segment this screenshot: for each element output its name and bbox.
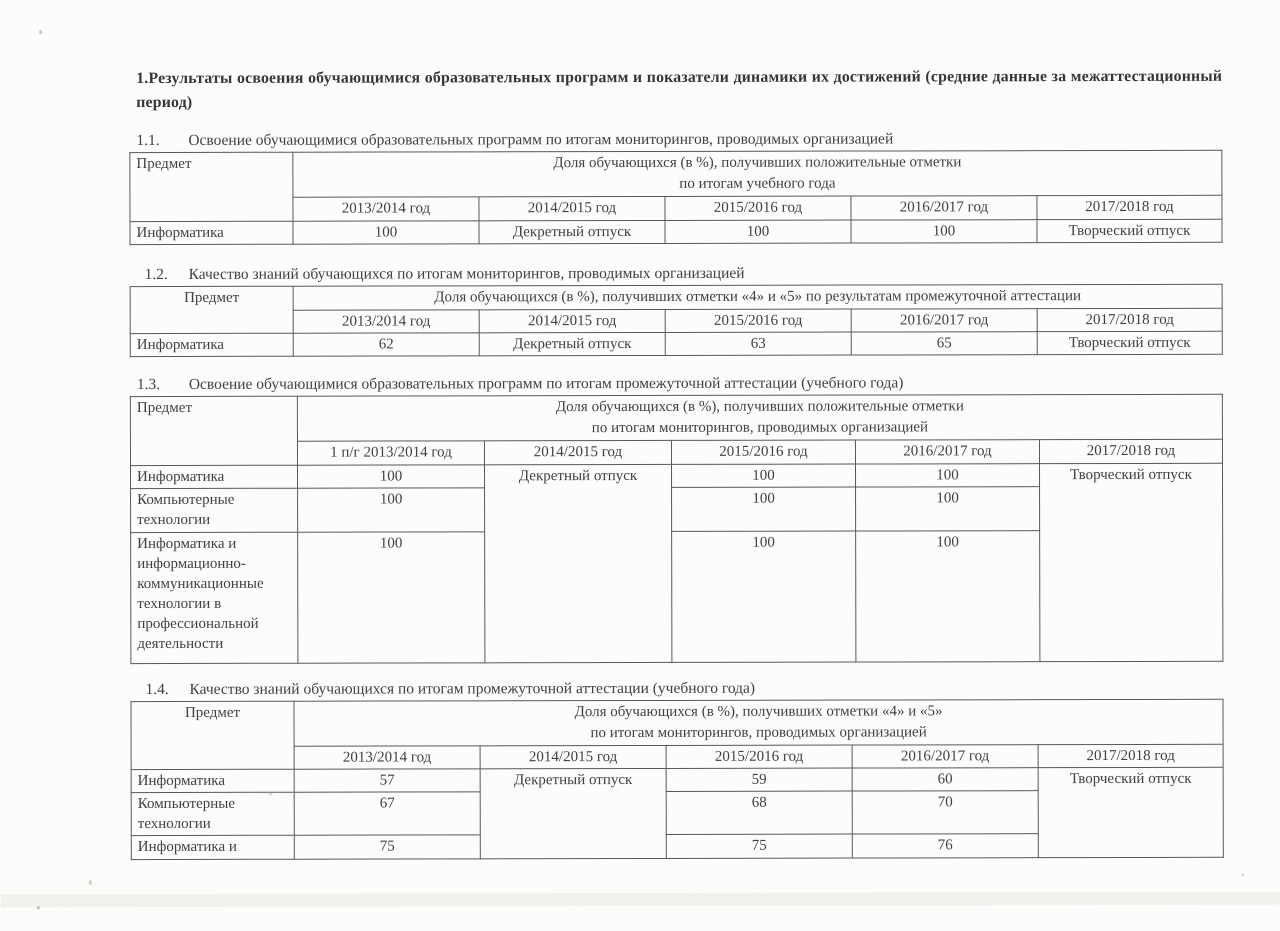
document-heading: 1.Результаты освоения обучающимися образ…: [129, 65, 1222, 115]
measure-header-cell: Доля обучающихся (в %), получивших отмет…: [293, 284, 1222, 310]
value-cell: 65: [851, 332, 1037, 355]
value-cell: 100: [298, 532, 485, 663]
table-row: 2013/2014 год 2014/2015 год 2015/2016 го…: [130, 308, 1222, 333]
section-1-2-title: Качество знаний обучающихся по итогам мо…: [189, 265, 745, 283]
year-header-cell: 2017/2018 год: [1038, 744, 1223, 767]
subject-cell: Информатика и: [131, 835, 294, 859]
subject-header-cell: Предмет: [130, 152, 293, 221]
value-cell: Декретный отпуск: [479, 332, 665, 355]
value-cell: 100: [851, 220, 1037, 243]
value-cell-merged: Творческий отпуск: [1038, 767, 1223, 857]
value-cell: 100: [672, 487, 856, 531]
year-header-cell: 2013/2014 год: [293, 197, 479, 221]
section-1-3-number: 1.3.: [137, 376, 189, 393]
year-header-cell: 2016/2017 год: [851, 309, 1037, 332]
value-cell: 62: [293, 333, 479, 356]
document-sheet: 1.Результаты освоения обучающимися образ…: [0, 0, 1280, 931]
table-1-2: Предмет Доля обучающихся (в %), получивш…: [130, 284, 1223, 357]
measure-line-2: по итогам мониторингов, проводимых орган…: [302, 417, 1218, 440]
year-header-cell: 2013/2014 год: [294, 746, 480, 769]
section-1-1-number: 1.1.: [136, 132, 188, 149]
value-cell: 68: [666, 791, 852, 834]
measure-header-cell: Доля обучающихся (в %), получивших полож…: [293, 150, 1222, 197]
table-row: Предмет Доля обучающихся (в %), получивш…: [131, 699, 1223, 746]
scan-speck: [269, 793, 273, 796]
measure-line-2: по итогам учебного года: [297, 173, 1217, 196]
subject-cell: Компьютерные технологии: [131, 792, 294, 835]
table-row: 2013/2014 год 2014/2015 год 2015/2016 го…: [130, 195, 1222, 221]
year-header-cell: 2017/2018 год: [1039, 439, 1222, 463]
value-cell: 60: [852, 768, 1038, 791]
table-1-3: Предмет Доля обучающихся (в %), получивш…: [130, 394, 1224, 664]
scan-speck: [89, 880, 92, 885]
subject-cell: Компьютерные технологии: [131, 488, 298, 532]
section-1-1-title: Освоение обучающимися образовательных пр…: [188, 130, 893, 148]
table-row: Предмет Доля обучающихся (в %), получивш…: [130, 394, 1222, 441]
value-cell: 100: [293, 221, 479, 244]
year-header-cell: 2014/2015 год: [480, 745, 666, 768]
table-row: Информатика 100 Декретный отпуск 100 100…: [130, 219, 1222, 244]
measure-line-1: Доля обучающихся (в %), получивших полож…: [297, 152, 1217, 175]
section-1-4-number: 1.4.: [137, 681, 189, 698]
subject-header-cell: Предмет: [130, 286, 293, 333]
table-row: Предмет Доля обучающихся (в %), получивш…: [130, 150, 1222, 197]
value-cell: 57: [294, 769, 480, 792]
value-cell: 75: [294, 835, 480, 859]
value-cell: Декретный отпуск: [479, 220, 665, 243]
document-content: 1.Результаты освоения обучающимися образ…: [129, 65, 1224, 860]
value-cell-merged: Декретный отпуск: [480, 768, 666, 858]
year-header-cell: 2015/2016 год: [666, 745, 852, 768]
subject-cell: Информатика: [130, 221, 293, 244]
value-cell: Творческий отпуск: [1037, 331, 1222, 354]
subject-header-cell: Предмет: [130, 396, 297, 465]
measure-line-2: по итогам мониторингов, проводимых орган…: [299, 722, 1219, 745]
value-cell: 63: [665, 332, 851, 355]
section-1-3-label: 1.3.Освоение обучающимися образовательны…: [130, 374, 1223, 393]
scan-speck: [39, 30, 42, 34]
measure-header-cell: Доля обучающихся (в %), получивших полож…: [297, 394, 1222, 441]
table-row: 2013/2014 год 2014/2015 год 2015/2016 го…: [131, 744, 1223, 769]
table-row: Информатика 57 Декретный отпуск 59 60 Тв…: [131, 767, 1223, 792]
table-1-1: Предмет Доля обучающихся (в %), получивш…: [129, 150, 1222, 245]
year-header-cell: 2014/2015 год: [479, 196, 665, 220]
section-1-4-label: 1.4.Качество знаний обучающихся по итога…: [130, 679, 1223, 698]
year-header-cell: 2017/2018 год: [1037, 308, 1222, 331]
measure-line-1: Доля обучающихся (в %), получивших полож…: [302, 396, 1218, 419]
subject-cell: Информатика: [131, 769, 294, 792]
section-1-4-title: Качество знаний обучающихся по итогам пр…: [189, 680, 755, 698]
value-cell: 100: [855, 464, 1039, 487]
scanned-document-page: { "document": { "heading": "1.Результаты…: [0, 0, 1280, 931]
section-1-2-number: 1.2.: [137, 266, 189, 283]
year-header-cell: 2016/2017 год: [852, 745, 1038, 768]
year-header-cell: 1 п/г 2013/2014 год: [297, 441, 484, 465]
subject-cell: Информатика: [130, 333, 293, 356]
value-cell: 67: [294, 792, 480, 835]
value-cell: 59: [666, 768, 852, 791]
value-cell: Творческий отпуск: [1037, 219, 1222, 242]
value-cell: 100: [671, 464, 855, 487]
subject-header-cell: Предмет: [131, 701, 294, 769]
value-cell: 75: [666, 834, 852, 858]
value-cell: 100: [665, 220, 851, 243]
table-row: Информатика 62 Декретный отпуск 63 65 Тв…: [130, 331, 1222, 356]
year-header-cell: 2014/2015 год: [484, 440, 671, 464]
subject-cell: Информатика и информационно-коммуникацио…: [131, 532, 298, 663]
measure-line-1: Доля обучающихся (в %), получивших отмет…: [298, 701, 1218, 724]
value-cell: 70: [852, 791, 1038, 834]
table-1-4: Предмет Доля обучающихся (в %), получивш…: [130, 699, 1223, 860]
section-1-3-title: Освоение обучающимися образовательных пр…: [189, 374, 904, 392]
table-row: Предмет Доля обучающихся (в %), получивш…: [130, 284, 1222, 310]
scan-artifact-band: [1, 892, 1280, 908]
year-header-cell: 2017/2018 год: [1037, 195, 1222, 219]
scan-speck: [37, 906, 40, 909]
measure-header-cell: Доля обучающихся (в %), получивших отмет…: [294, 699, 1223, 746]
value-cell: 100: [672, 531, 856, 662]
section-1-2-label: 1.2.Качество знаний обучающихся по итога…: [130, 264, 1223, 283]
year-header-cell: 2016/2017 год: [851, 196, 1037, 220]
scan-speck: [1242, 873, 1244, 877]
year-header-cell: 2015/2016 год: [665, 309, 851, 332]
value-cell: 100: [297, 465, 484, 488]
value-cell: 76: [852, 834, 1038, 858]
value-cell: 100: [856, 487, 1040, 531]
table-row: Информатика 100 Декретный отпуск 100 100…: [130, 463, 1222, 488]
value-cell: 100: [856, 531, 1040, 662]
section-1-1-label: 1.1.Освоение обучающимися образовательны…: [129, 130, 1222, 149]
subject-cell: Информатика: [130, 465, 297, 488]
value-cell-merged: Декретный отпуск: [484, 464, 671, 662]
measure-line-1: Доля обучающихся (в %), получивших отмет…: [298, 286, 1218, 309]
year-header-cell: 2016/2017 год: [855, 440, 1039, 464]
year-header-cell: 2015/2016 год: [665, 196, 851, 220]
year-header-cell: 2013/2014 год: [293, 310, 479, 333]
year-header-cell: 2015/2016 год: [671, 440, 855, 464]
value-cell-merged: Творческий отпуск: [1039, 463, 1222, 661]
year-header-cell: 2014/2015 год: [479, 309, 665, 332]
value-cell: 100: [298, 488, 485, 532]
